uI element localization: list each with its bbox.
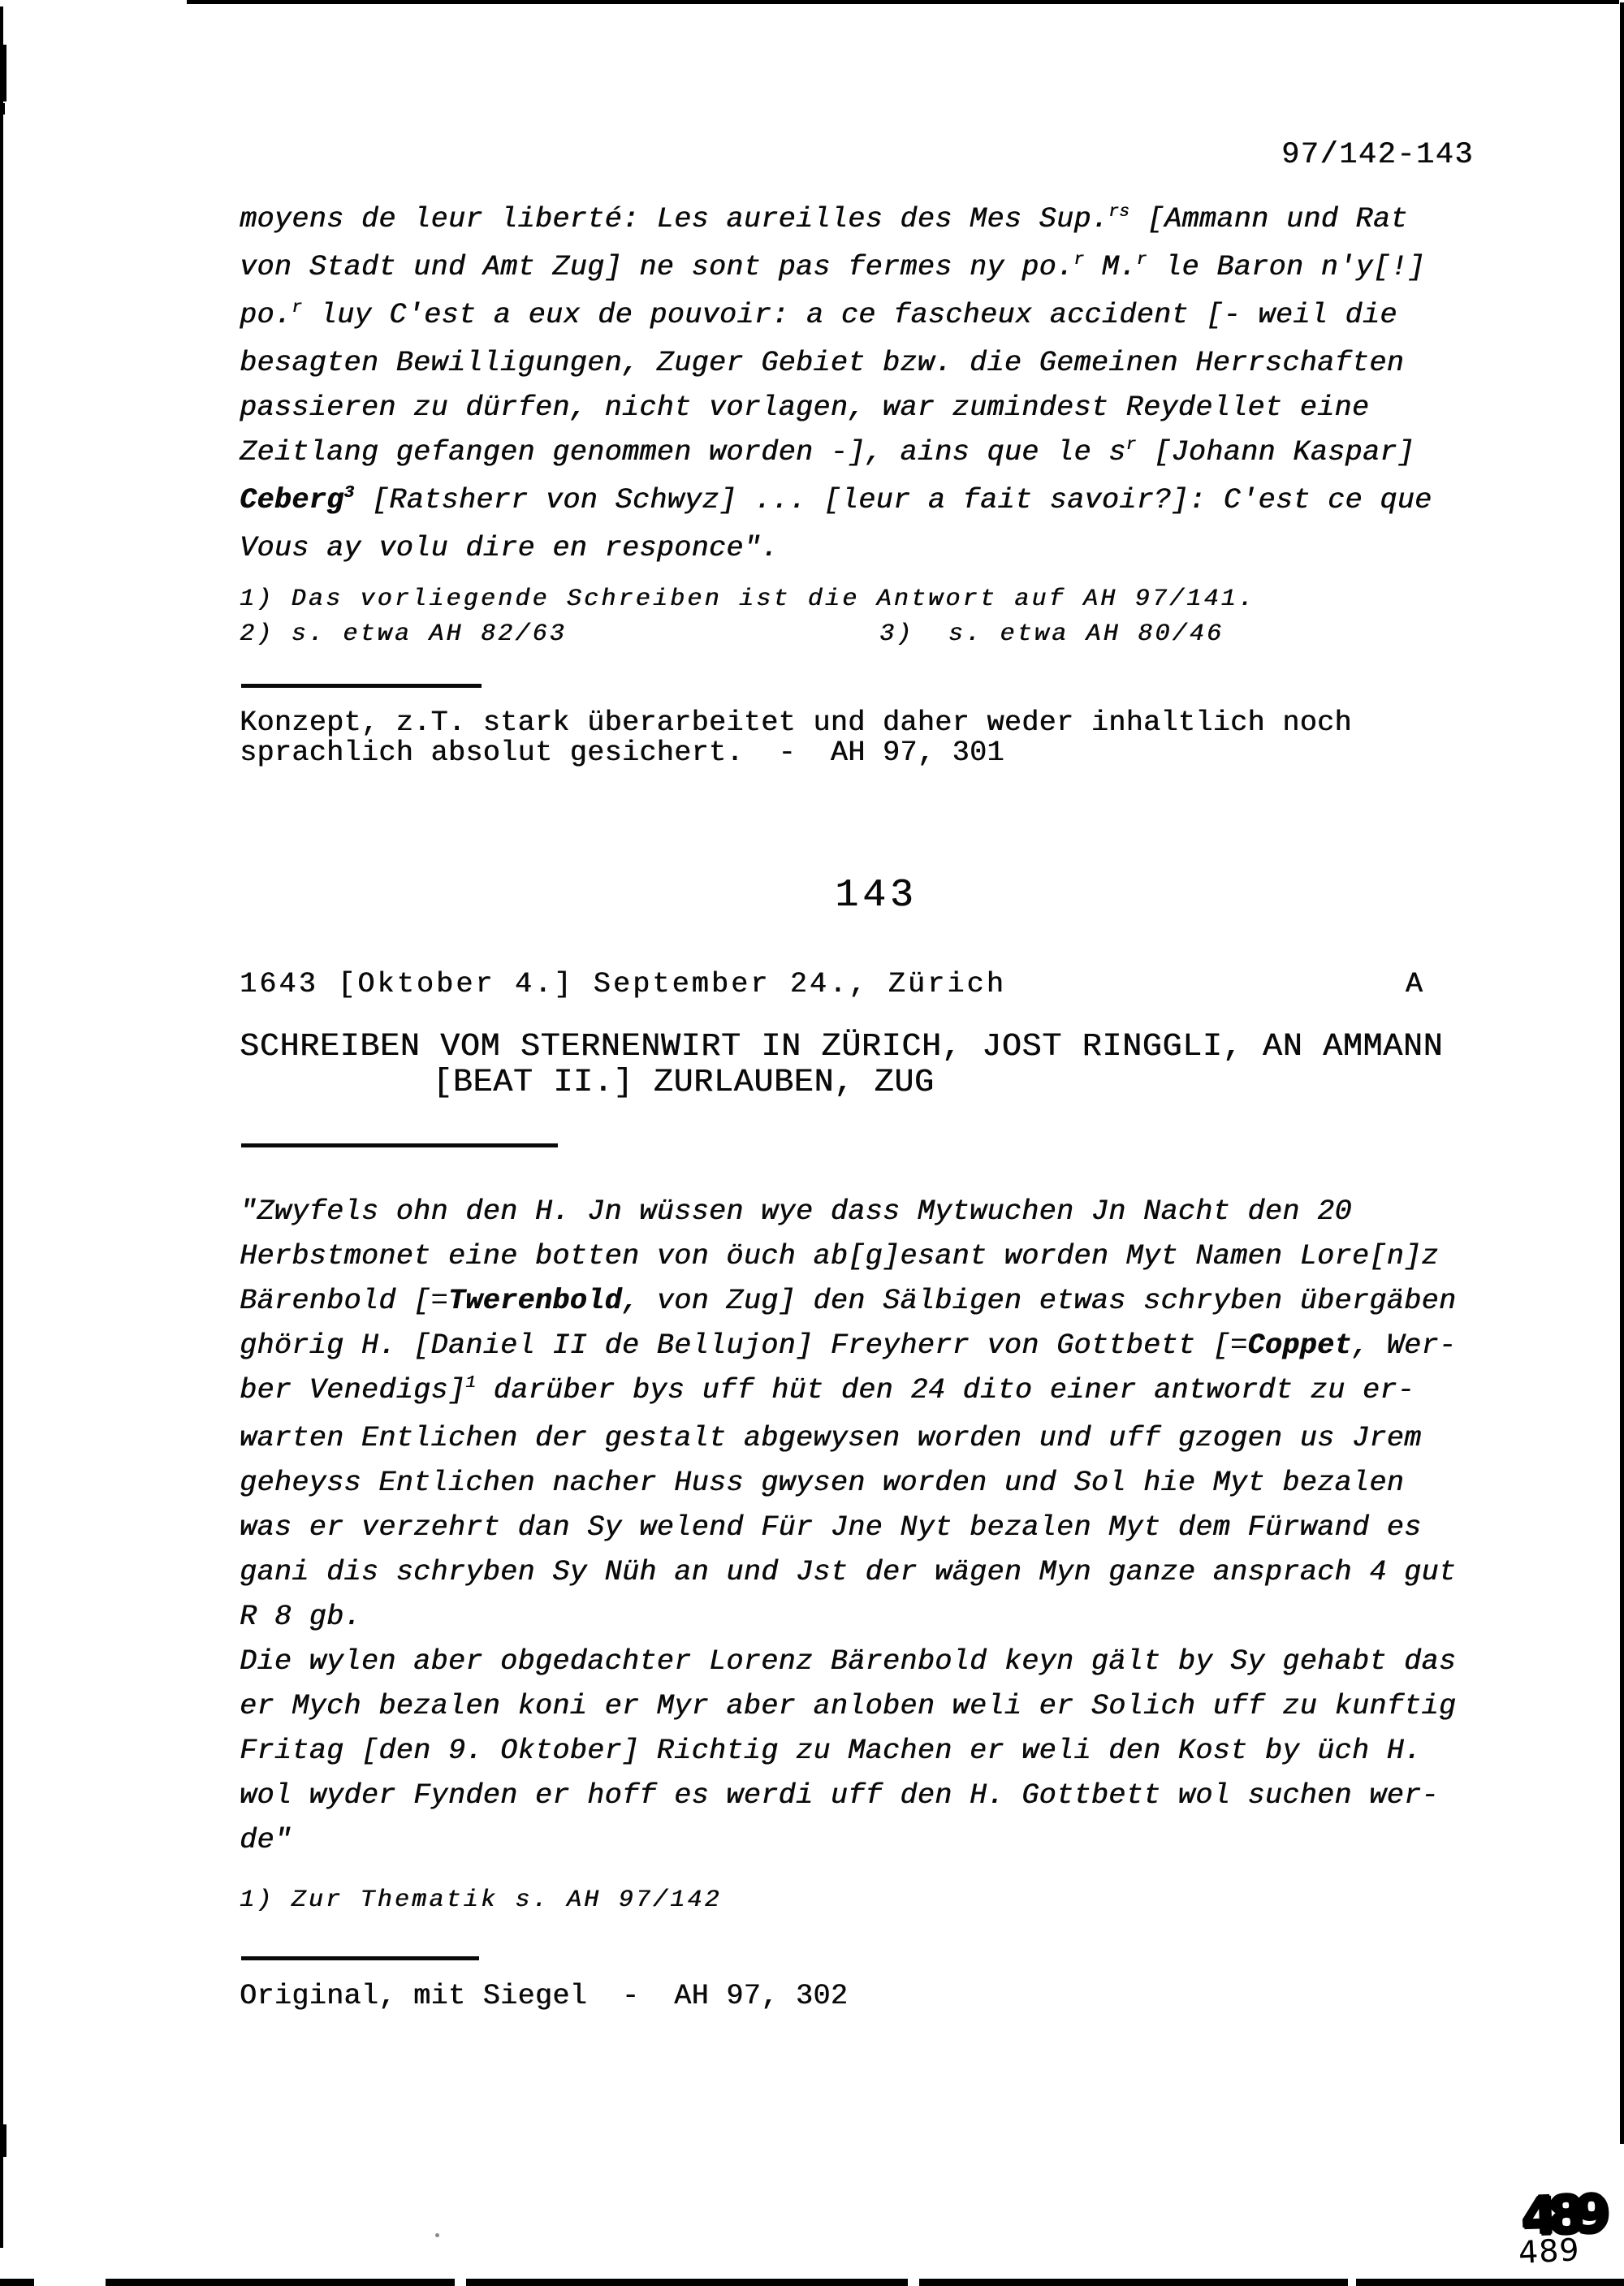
divider-entry-143-title (241, 1143, 558, 1147)
entry-142-footnote-3: 3) s. etwa AH 80/46 (879, 620, 1224, 649)
scan-border-left-blob-2 (0, 103, 5, 115)
scan-border-top (187, 0, 1619, 4)
entry-142-footnote-2: 2) s. etwa AH 82/63 (240, 620, 567, 649)
entry-143-title-line-1: SCHREIBEN VOM STERNENWIRT IN ZÜRICH, JOS… (240, 1031, 1443, 1064)
scan-border-left-blob-3 (0, 2124, 6, 2157)
text-line: Die wylen aber obgedachter Lorenz Bärenb… (240, 1640, 1456, 1684)
entry-143-source-note: Original, mit Siegel - AH 97, 302 (240, 1981, 848, 2012)
text-line: Konzept, z.T. stark überarbeitet und dah… (240, 708, 1352, 738)
text-line: de" (240, 1818, 1456, 1863)
text-line: Herbstmonet eine botten von öuch ab[g]es… (240, 1234, 1456, 1279)
entry-143-title-line-2: [BEAT II.] ZURLAUBEN, ZUG (433, 1067, 935, 1100)
page-reference-header: 97/142-143 (1218, 138, 1474, 172)
scan-border-bottom (0, 2279, 1624, 2286)
text-line: gani dis schryben Sy Nüh an und Jst der … (240, 1550, 1456, 1595)
entry-142-footnote-row: 2) s. etwa AH 82/63 3) s. etwa AH 80/46 (240, 620, 1295, 652)
text-line: er Mych bezalen koni er Myr aber anloben… (240, 1684, 1456, 1729)
entry-142-quote-paragraph: moyens de leur liberté: Les aureilles de… (240, 197, 1432, 571)
scan-border-left-blob-1 (0, 45, 6, 102)
entry-142-source-note: Konzept, z.T. stark überarbeitet und dah… (240, 708, 1352, 768)
text-line: besagten Bewilligungen, Zuger Gebiet bzw… (240, 341, 1432, 386)
text-line: Vous ay volu dire en responce". (240, 526, 1432, 571)
entry-143-footnote-1: 1) Zur Thematik s. AH 97/142 (240, 1886, 722, 1915)
handwritten-page-number-small: 489 (1518, 2232, 1581, 2271)
text-line: Fritag [den 9. Oktober] Richtig zu Mache… (240, 1729, 1456, 1774)
text-line: ghörig H. [Daniel II de Bellujon] Freyhe… (240, 1324, 1456, 1368)
scan-border-right (1620, 2, 1624, 2144)
scanned-document-page: 97/142-143 moyens de leur liberté: Les a… (0, 0, 1624, 2286)
text-line: R 8 gb. (240, 1595, 1456, 1640)
text-line: von Stadt und Amt Zug] ne sont pas ferme… (240, 245, 1432, 293)
text-line: po.r luy C'est a eux de pouvoir: a ce fa… (240, 293, 1432, 341)
entry-143-number: 143 (835, 874, 917, 918)
entry-143-dateline: 1643 [Oktober 4.] September 24., Zürich (240, 968, 1006, 1000)
entry-142-footnote-1: 1) Das vorliegende Schreiben ist die Ant… (240, 585, 1255, 614)
entry-143-doc-letter: A (1406, 968, 1425, 1000)
text-line: wol wyder Fynden er hoff es werdi uff de… (240, 1774, 1456, 1818)
scan-speck (435, 2233, 439, 2237)
text-line: sprachlich absolut gesichert. - AH 97, 3… (240, 738, 1352, 768)
text-line: Ceberg3 [Ratsherr von Schwyz] ... [leur … (240, 478, 1432, 526)
text-line: "Zwyfels ohn den H. Jn wüssen wye dass M… (240, 1190, 1456, 1234)
text-line: geheyss Entlichen nacher Huss gwysen wor… (240, 1461, 1456, 1506)
text-line: warten Entlichen der gestalt abgewysen w… (240, 1416, 1456, 1461)
entry-143-dateline-row: 1643 [Oktober 4.] September 24., Zürich … (240, 968, 1425, 1000)
divider-entry-143-footnote (241, 1956, 479, 1960)
text-line: ber Venedigs]1 darüber bys uff hüt den 2… (240, 1368, 1456, 1416)
text-line: moyens de leur liberté: Les aureilles de… (240, 197, 1432, 245)
text-line: Bärenbold [=Twerenbold, von Zug] den Säl… (240, 1279, 1456, 1324)
text-line: was er verzehrt dan Sy welend Für Jne Ny… (240, 1506, 1456, 1550)
entry-143-quote-body: "Zwyfels ohn den H. Jn wüssen wye dass M… (240, 1190, 1456, 1863)
scan-border-left (0, 6, 3, 2248)
text-line: Zeitlang gefangen genommen worden -], ai… (240, 430, 1432, 478)
text-line: passieren zu dürfen, nicht vorlagen, war… (240, 386, 1432, 430)
divider-entry-142 (241, 684, 482, 688)
